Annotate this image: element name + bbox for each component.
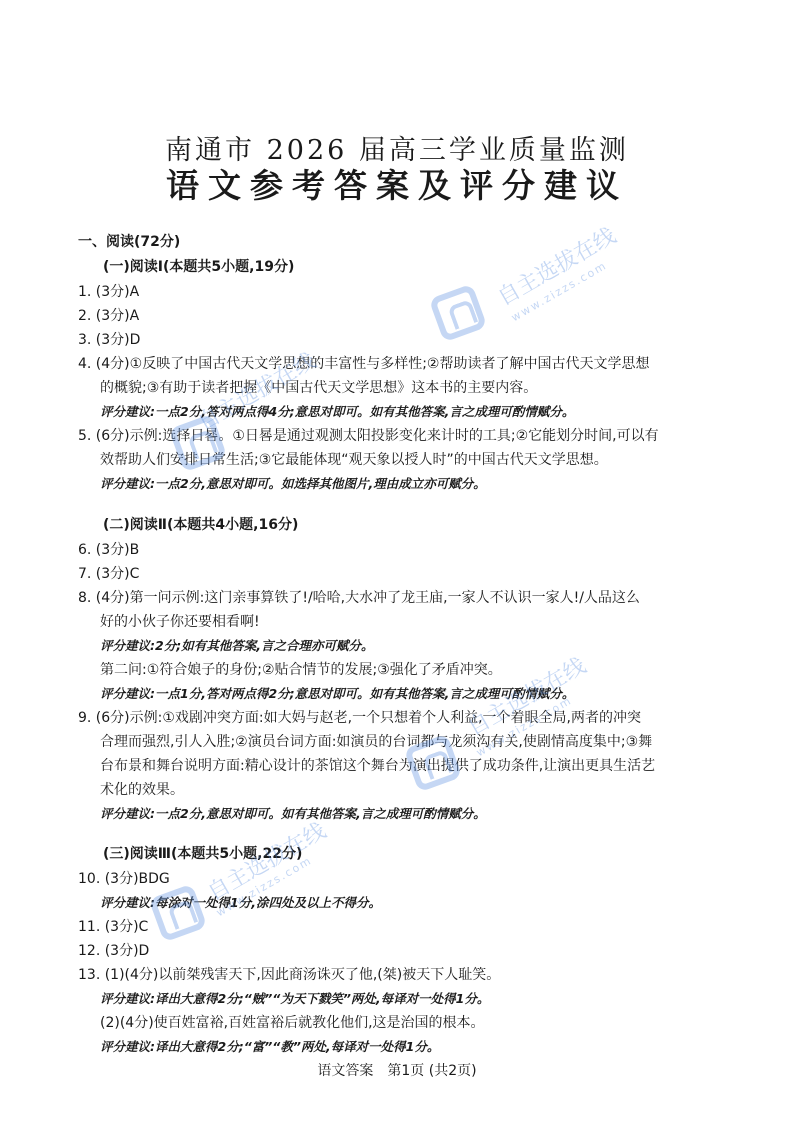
answer-q6: 6. (3分)B: [78, 539, 139, 561]
answer-q4-line1: 4. (4分)①反映了中国古代天文学思想的丰富性与多样性;②帮助读者了解中国古代…: [78, 353, 649, 375]
part1-heading: (一)阅读Ⅰ(本题共5小题,19分): [103, 256, 294, 278]
scoring-note-q8-part1: 评分建议:2分;如有其他答案,言之合理亦可赋分。: [100, 635, 373, 657]
answer-q3: 3. (3分)D: [78, 329, 140, 351]
answer-q8-line1: 8. (4分)第一问示例:这门亲事算铁了!/哈哈,大水冲了龙王庙,一家人不认识一…: [78, 587, 640, 609]
scoring-note-q8-part2: 评分建议:一点1分,答对两点得2分;意思对即可。如有其他答案,言之成理可酌情赋分…: [100, 683, 574, 705]
scoring-note-q9: 评分建议:一点2分,意思对即可。如有其他答案,言之成理可酌情赋分。: [100, 803, 486, 825]
answer-q11: 11. (3分)C: [78, 916, 148, 938]
answer-q7: 7. (3分)C: [78, 563, 139, 585]
part2-heading: (二)阅读Ⅱ(本题共4小题,16分): [103, 514, 298, 536]
section-heading-reading: 一、阅读(72分): [78, 231, 180, 253]
part3-heading: (三)阅读Ⅲ(本题共5小题,22分): [103, 843, 302, 865]
scoring-note-q13-1: 评分建议:译出大意得2分;“贼”“为天下戮笑”两处,每译对一处得1分。: [100, 988, 489, 1010]
answer-q9-line1: 9. (6分)示例:①戏剧冲突方面:如大妈与赵老,一个只想着个人利益,一个着眼全…: [78, 707, 641, 729]
answer-q5-line1: 5. (6分)示例:选择日晷。①日晷是通过观测太阳投影变化来计时的工具;②它能划…: [78, 425, 659, 447]
scoring-note-q5: 评分建议:一点2分,意思对即可。如选择其他图片,理由成立亦可赋分。: [100, 473, 486, 495]
answer-q9-line2: 合理而强烈,引人入胜;②演员台词方面:如演员的台词都与龙须沟有关,使剧情高度集中…: [100, 731, 652, 753]
answer-q4-line2: 的概貌;③有助于读者把握《中国古代天文学思想》这本书的主要内容。: [100, 377, 537, 399]
answer-q5-line2: 效帮助人们安排日常生活;③它最能体现“观天象以授人时”的中国古代天文学思想。: [100, 449, 608, 471]
watermark-logo-icon: [435, 290, 481, 336]
page-footer: 语文答案 第1页 (共2页): [0, 1060, 794, 1080]
scoring-note-q10: 评分建议:每涂对一处得1分,涂四处及以上不得分。: [100, 892, 381, 914]
document-title: 语文参考答案及评分建议: [0, 160, 794, 207]
answer-q10: 10. (3分)BDG: [78, 868, 170, 890]
answer-q9-line3: 台布景和舞台说明方面:精心设计的茶馆这个舞台为演出提供了成功条件,让演出更具生活…: [100, 755, 655, 777]
answer-q2: 2. (3分)A: [78, 305, 139, 327]
scoring-note-q13-2: 评分建议:译出大意得2分;“富”“教”两处,每译对一处得1分。: [100, 1036, 439, 1058]
answer-q12: 12. (3分)D: [78, 940, 149, 962]
answer-q13-2: (2)(4分)使百姓富裕,百姓富裕后就教化他们,这是治国的根本。: [100, 1012, 485, 1034]
answer-q13-1: 13. (1)(4分)以前桀残害天下,因此商汤诛灭了他,(桀)被天下人耻笑。: [78, 964, 500, 986]
answer-q1: 1. (3分)A: [78, 281, 139, 303]
answer-q9-line4: 术化的效果。: [100, 779, 184, 801]
scoring-note-q4: 评分建议:一点2分,答对两点得4分;意思对即可。如有其他答案,言之成理可酌情赋分…: [100, 401, 574, 423]
answer-q8-line3: 第二问:①符合娘子的身份;②贴合情节的发展;③强化了矛盾冲突。: [100, 659, 502, 681]
answer-sheet-page: 南通市 2026 届高三学业质量监测 语文参考答案及评分建议 一、阅读(72分)…: [0, 0, 794, 1123]
answer-q8-line2: 好的小伙子你还要相看啊!: [100, 611, 260, 633]
